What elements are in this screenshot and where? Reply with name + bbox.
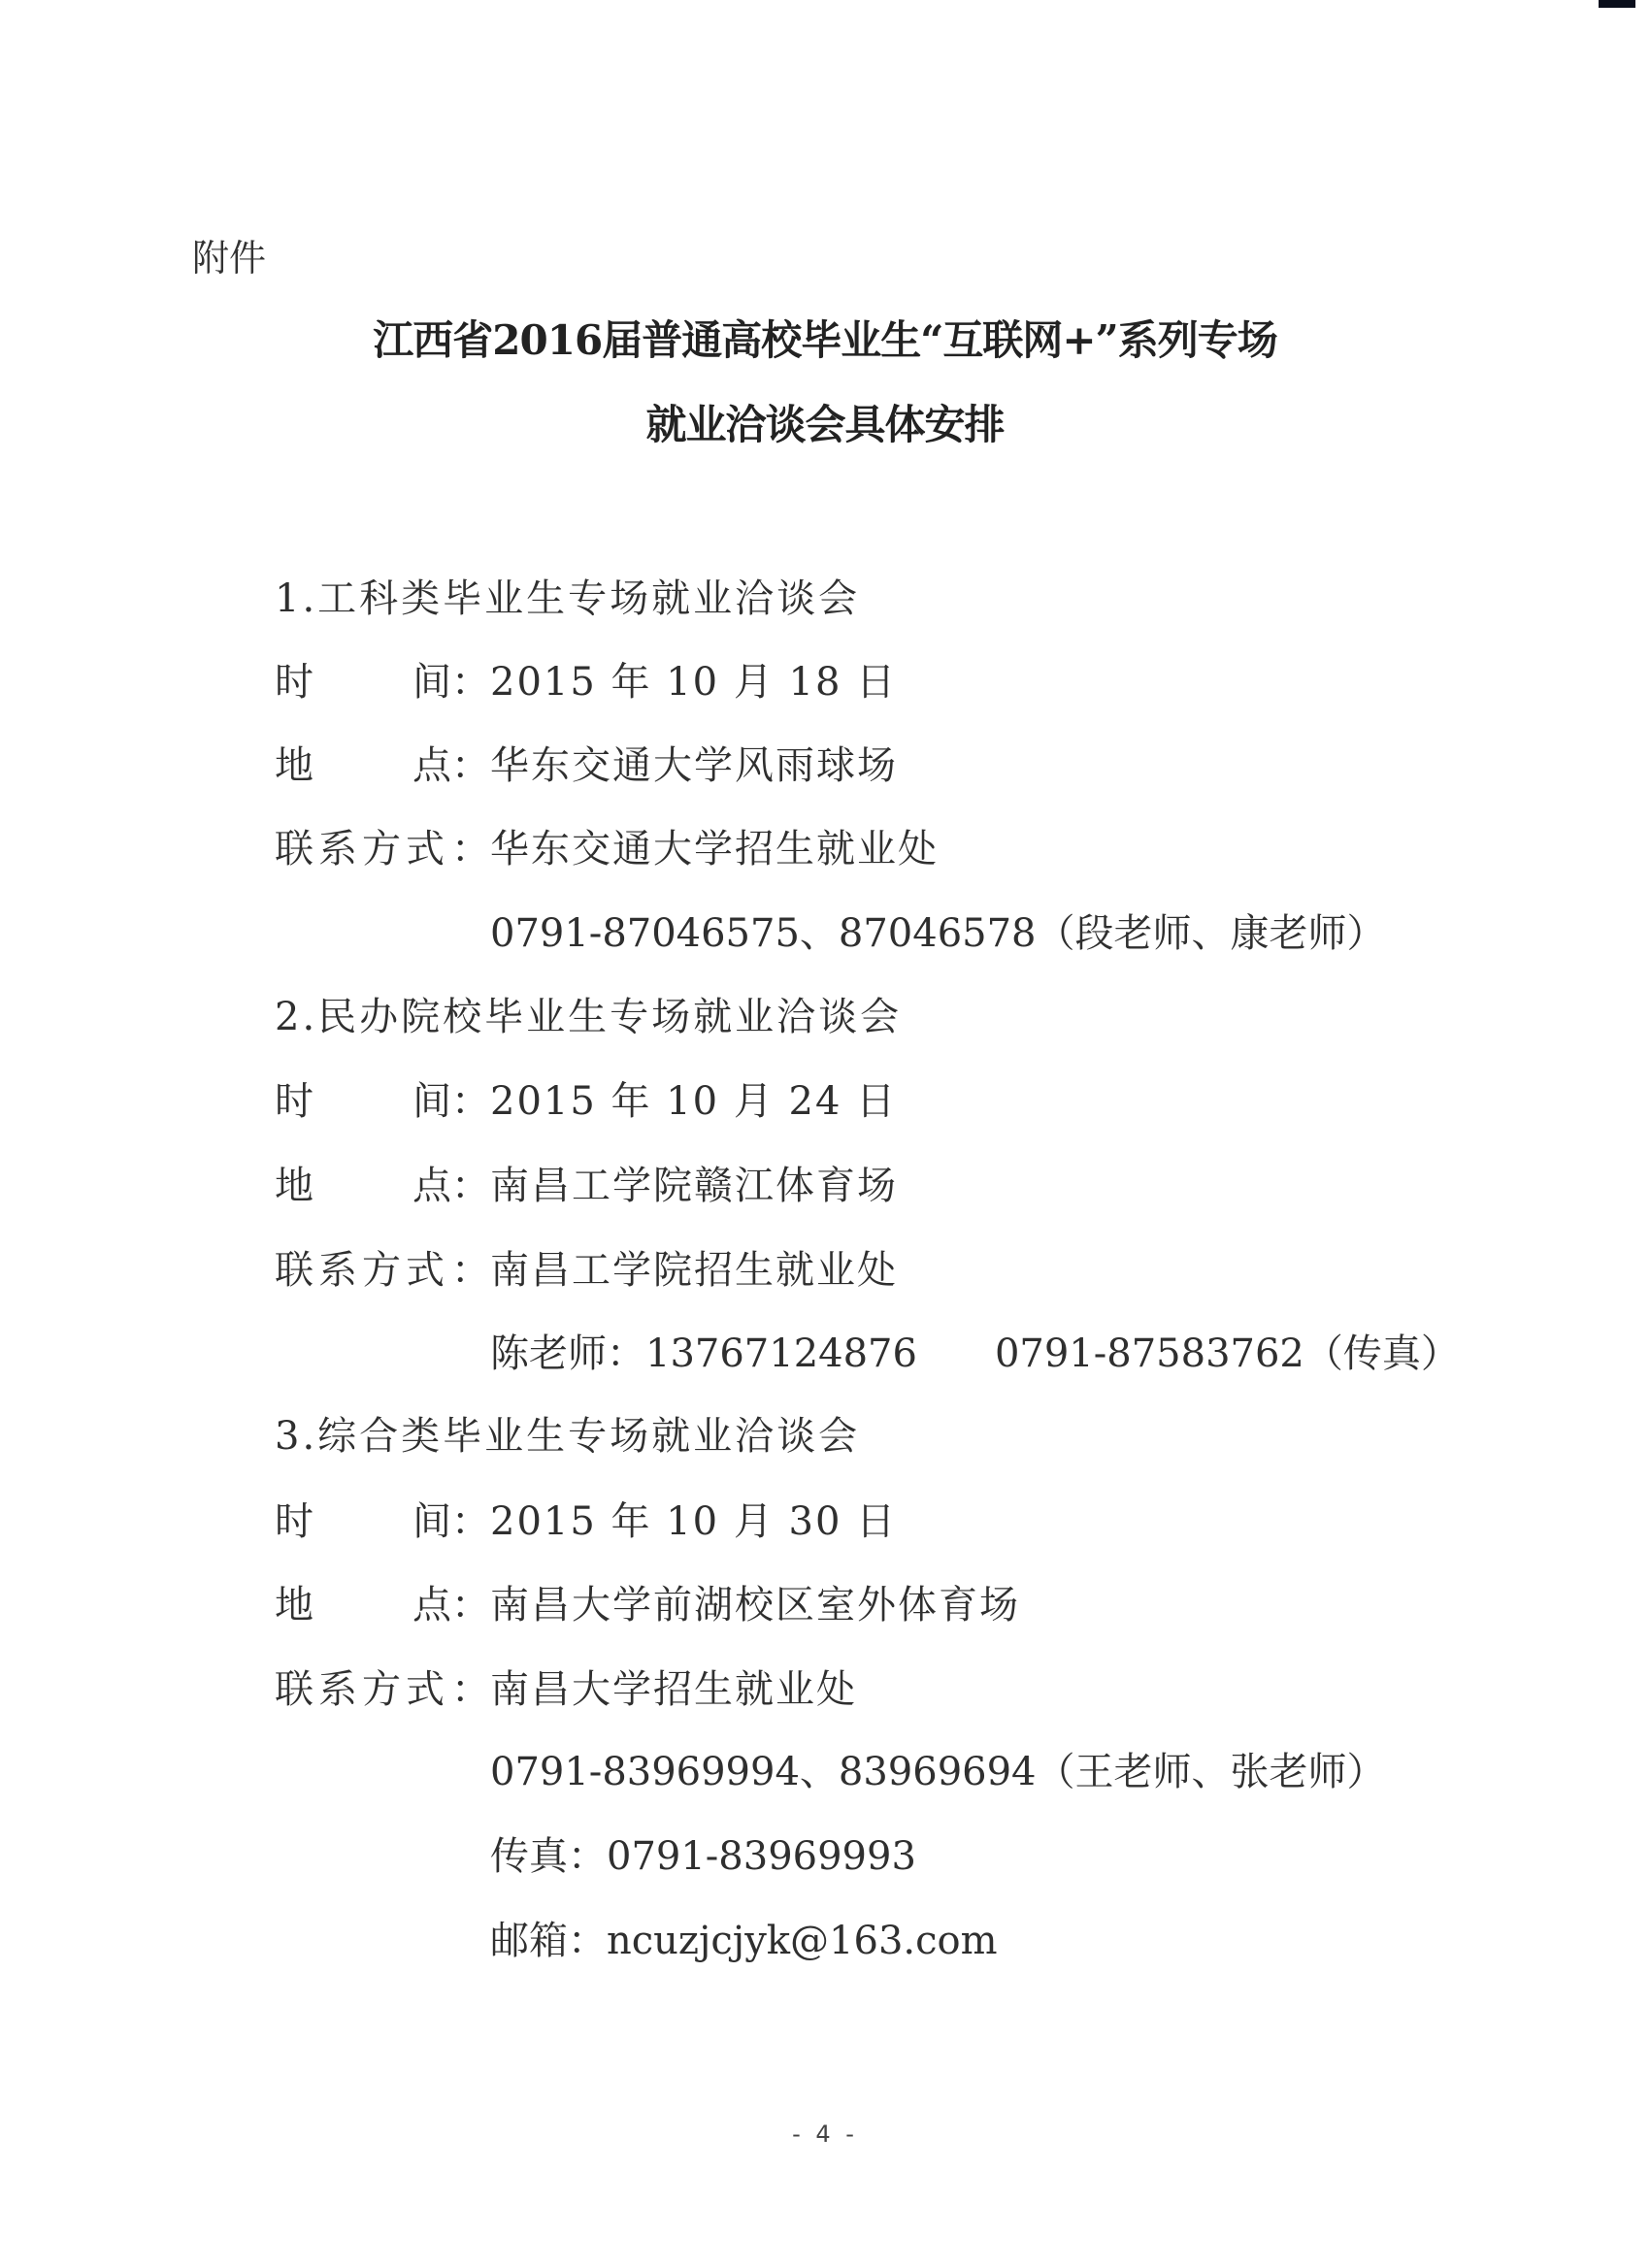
contact-phone-line: 陈老师：137671248760791-87583762（传真） <box>490 1330 1460 1378</box>
contact-phone-line: 0791-87046575、87046578（段老师、康老师） <box>490 909 1386 958</box>
time-label: 时间 <box>275 1497 451 1546</box>
document-title-line-1: 江西省2016届普通高校毕业生“互联网+”系列专场 <box>0 315 1650 366</box>
contact-email-line: 邮箱：ncuzjcjyk@163.com <box>490 1917 998 1965</box>
time-value: 2015 年 10 月 24 日 <box>490 1079 897 1124</box>
contact-value: 南昌工学院招生就业处 <box>490 1248 898 1293</box>
contact-label: 联系方式 <box>275 1665 451 1714</box>
contact-fax-line: 传真：0791-83969993 <box>490 1832 916 1881</box>
page-number: - 4 - <box>0 2120 1650 2148</box>
contact-row: 联系方式：华东交通大学招生就业处 <box>275 825 939 873</box>
time-row: 时间：2015 年 10 月 24 日 <box>275 1077 897 1126</box>
time-value: 2015 年 10 月 30 日 <box>490 1499 897 1544</box>
contact-value: 华东交通大学招生就业处 <box>490 827 939 871</box>
place-row: 地点：南昌工学院赣江体育场 <box>275 1162 898 1210</box>
contact-label: 联系方式 <box>275 1246 451 1295</box>
time-label: 时间 <box>275 1077 451 1126</box>
contact-row: 联系方式：南昌工学院招生就业处 <box>275 1246 898 1295</box>
place-label: 地点 <box>275 1162 451 1210</box>
place-value: 南昌大学前湖校区室外体育场 <box>490 1583 1020 1627</box>
place-value: 华东交通大学风雨球场 <box>490 743 898 788</box>
time-row: 时间：2015 年 10 月 30 日 <box>275 1497 897 1546</box>
section-heading: 1.工科类毕业生专场就业洽谈会 <box>275 575 860 623</box>
document-title-line-2: 就业洽谈会具体安排 <box>0 400 1650 450</box>
time-value: 2015 年 10 月 18 日 <box>490 660 897 705</box>
section-heading: 2.民办院校毕业生专场就业洽谈会 <box>275 993 902 1041</box>
contact-phone-line: 0791-83969994、83969694（王老师、张老师） <box>490 1748 1386 1796</box>
scan-corner-mark <box>1599 0 1635 8</box>
time-label: 时间 <box>275 658 451 707</box>
place-row: 地点：南昌大学前湖校区室外体育场 <box>275 1581 1020 1629</box>
contact-row: 联系方式：南昌大学招生就业处 <box>275 1665 857 1714</box>
time-row: 时间：2015 年 10 月 18 日 <box>275 658 897 707</box>
contact-fax: 0791-87583762（传真） <box>995 1331 1460 1376</box>
place-label: 地点 <box>275 1581 451 1629</box>
section-heading: 3.综合类毕业生专场就业洽谈会 <box>275 1412 860 1461</box>
place-value: 南昌工学院赣江体育场 <box>490 1164 898 1208</box>
place-row: 地点：华东交通大学风雨球场 <box>275 741 898 790</box>
attachment-label: 附件 <box>192 235 266 281</box>
contact-value: 南昌大学招生就业处 <box>490 1667 857 1712</box>
contact-label: 联系方式 <box>275 825 451 873</box>
contact-mobile: 陈老师：13767124876 <box>490 1331 917 1376</box>
place-label: 地点 <box>275 741 451 790</box>
